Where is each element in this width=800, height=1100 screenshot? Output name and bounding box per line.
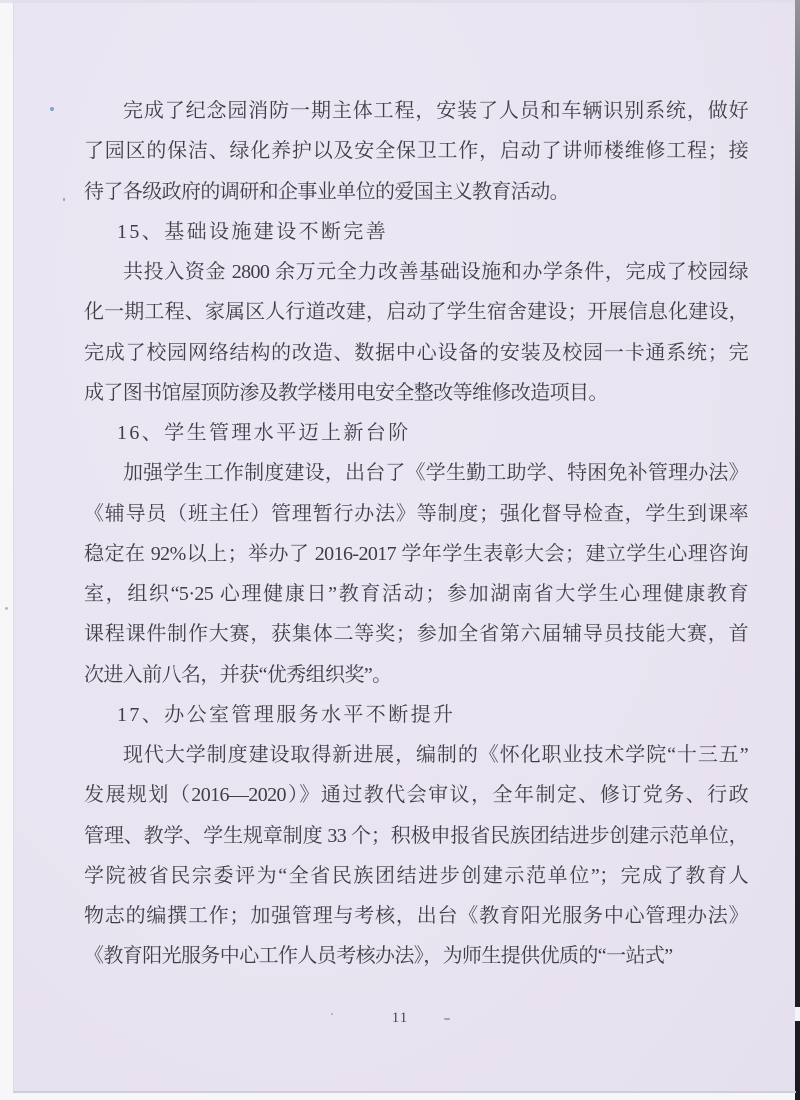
- heading-line: 17、办公室管理服务水平不断提升: [84, 695, 748, 735]
- text-line: 共投入资金 2800 余万元全力改善基础设施和办学条件，完成了校园绿: [84, 252, 748, 292]
- text-line: 学院被省民宗委评为“全省民族团结进步创建示范单位”；完成了教育人: [84, 856, 748, 896]
- scan-right-edge: [795, 0, 800, 1100]
- text-line: 待了各级政府的调研和企事业单位的爱国主义教育活动。: [84, 172, 748, 212]
- text-line: 次进入前八名，并获“优秀组织奖”。: [84, 655, 748, 695]
- text-line: 化一期工程、家属区人行道改建，启动了学生宿舍建设；开展信息化建设，: [84, 292, 748, 332]
- text-line: 稳定在 92%以上；举办了 2016-2017 学年学生表彰大会；建立学生心理咨…: [84, 534, 748, 574]
- scan-bottom-shadow: [13, 1091, 796, 1093]
- text-line: 发展规划（2016—2020）》通过教代会审议，全年制定、修订党务、行政: [84, 775, 748, 815]
- heading-line: 16、学生管理水平迈上新台阶: [84, 413, 748, 453]
- text-line: 室，组织“5·25 心理健康日”教育活动；参加湖南省大学生心理健康教育: [84, 574, 748, 614]
- scan-top-edge: [0, 0, 800, 3]
- text-line: 《教育阳光服务中心工作人员考核办法》，为师生提供优质的“一站式”: [84, 936, 748, 976]
- text-line: 《辅导员（班主任）管理暂行办法》等制度；强化督导检查，学生到课率: [84, 494, 748, 534]
- heading-line: 15、基础设施建设不断完善: [84, 212, 748, 252]
- text-line: 现代大学制度建设取得新进展，编制的《怀化职业技术学院“十三五”: [84, 735, 748, 775]
- text-line: 成了图书馆屋顶防渗及教学楼用电安全整改等维修改造项目。: [84, 373, 748, 413]
- document-text: 完成了纪念园消防一期主体工程，安装了人员和车辆识别系统，做好了园区的保洁、绿化养…: [84, 91, 748, 977]
- scan-speck: [5, 607, 8, 610]
- text-line: 管理、教学、学生规章制度 33 个；积极申报省民族团结进步创建示范单位，: [84, 816, 748, 856]
- scan-speck: [50, 107, 54, 111]
- text-line: 课程课件制作大赛，获集体二等奖；参加全省第六届辅导员技能大赛，首: [84, 614, 748, 654]
- text-line: 物志的编撰工作；加强管理与考核，出台《教育阳光服务中心管理办法》: [84, 896, 748, 936]
- scan-speck: [63, 198, 65, 201]
- text-line: 了园区的保洁、绿化养护以及安全保卫工作，启动了讲师楼维修工程；接: [84, 131, 748, 171]
- text-line: 完成了校园网络结构的改造、数据中心设备的安装及校园一卡通系统；完: [84, 333, 748, 373]
- text-line: 加强学生工作制度建设，出台了《学生勤工助学、特困免补管理办法》: [84, 453, 748, 493]
- text-line: 完成了纪念园消防一期主体工程，安装了人员和车辆识别系统，做好: [84, 91, 748, 131]
- page-number: 11: [0, 1010, 800, 1027]
